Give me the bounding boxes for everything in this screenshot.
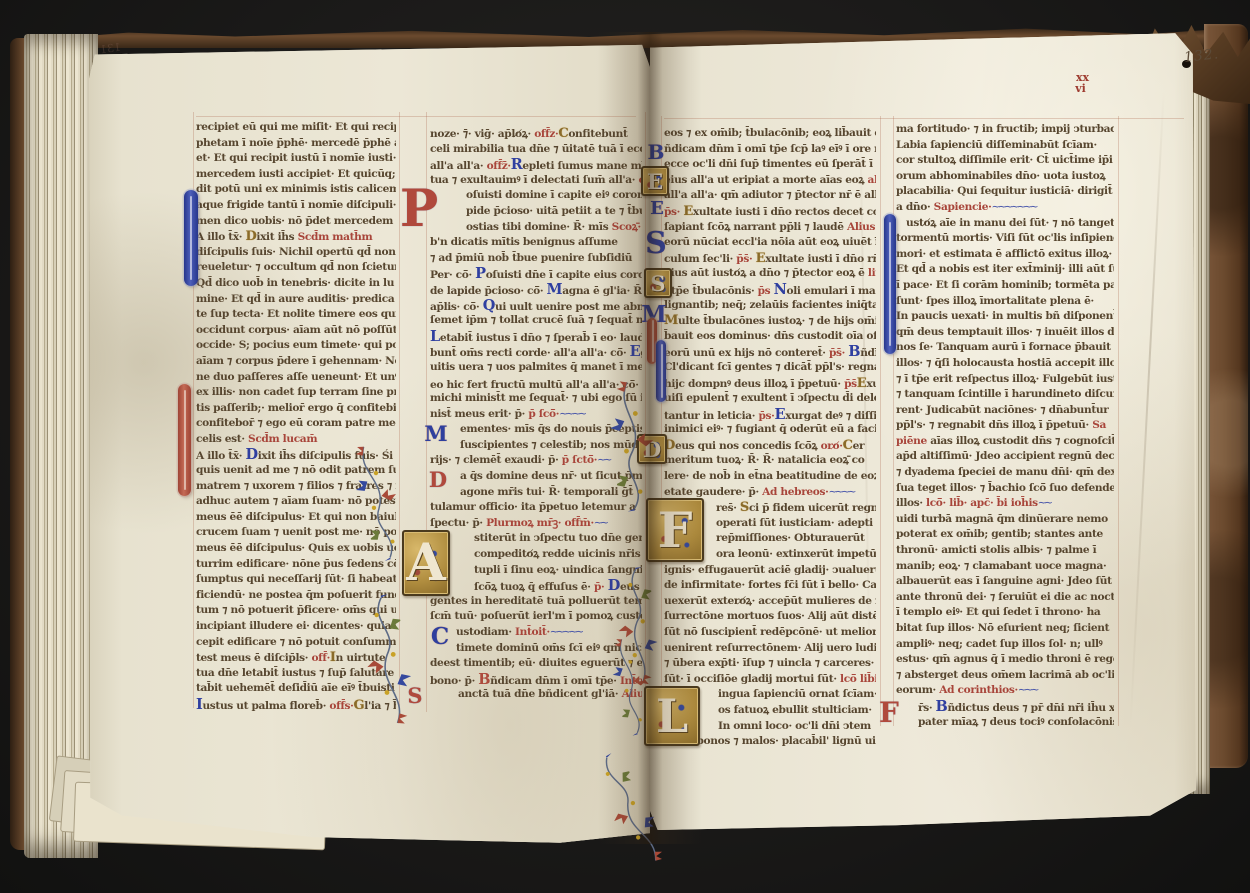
initial-letter: A xyxy=(406,538,446,589)
initial-letter: S xyxy=(407,685,422,706)
initial-letter: B xyxy=(648,142,665,162)
stack-gold-E1: E xyxy=(641,166,669,196)
initial-pen-blue-C: C xyxy=(428,622,452,650)
initial-pen-red-D: D xyxy=(424,466,452,492)
initial-pen-red-S: S xyxy=(402,682,428,708)
ruling-line xyxy=(880,116,881,726)
initial-letter: L xyxy=(656,693,688,739)
ruling-line xyxy=(893,116,894,726)
stack-bar-blue-I xyxy=(656,340,666,402)
stack-pen-blue-S: S xyxy=(644,226,668,262)
quire-mark-bottom: vi xyxy=(1072,83,1089,94)
manuscript-photo: 131 132. xx vi recipiet eū qui me miſit·… xyxy=(0,0,1250,893)
left-page-parchment xyxy=(88,40,650,846)
stack-pen-blue-E: E xyxy=(647,198,667,220)
initial-letter: D xyxy=(643,439,661,460)
initial-letter: E xyxy=(650,200,664,218)
ruling-line xyxy=(1118,116,1119,726)
right-cover-leather xyxy=(1204,24,1248,768)
initial-letter: P xyxy=(400,184,438,235)
showthrough-folio-number: 131 xyxy=(99,41,122,57)
initial-bar-red-I xyxy=(178,384,191,496)
initial-letter: F xyxy=(879,699,899,727)
stack-pen-blue-B: B xyxy=(646,140,666,164)
initial-pen-red-P: P xyxy=(396,178,442,240)
initial-bar-blue-I xyxy=(184,190,198,286)
stack-gold-D: D xyxy=(637,434,667,464)
stack-gold-S: S xyxy=(644,268,672,298)
initial-pen-red-F: F xyxy=(878,696,900,730)
initial-letter: S xyxy=(650,273,665,294)
initial-pen-blue-M: M xyxy=(422,420,450,446)
initial-gold-A: A xyxy=(402,530,450,596)
initial-bar-blue-I2 xyxy=(884,214,896,354)
ruling-line xyxy=(664,118,1184,119)
initial-letter: M xyxy=(424,423,447,444)
initial-letter: E xyxy=(647,171,663,192)
initial-gold-L: L xyxy=(644,686,700,746)
right-page-parchment xyxy=(650,30,1196,830)
ruling-line xyxy=(196,116,636,117)
left-page-edge-stack xyxy=(24,34,98,858)
initial-letter: C xyxy=(431,625,449,648)
initial-letter: S xyxy=(645,229,667,259)
initial-letter: F xyxy=(658,506,693,555)
initial-letter: D xyxy=(429,469,447,490)
quire-mark: xx vi xyxy=(1076,72,1089,94)
initial-gold-F: F xyxy=(646,498,704,562)
ruling-line xyxy=(645,112,646,712)
